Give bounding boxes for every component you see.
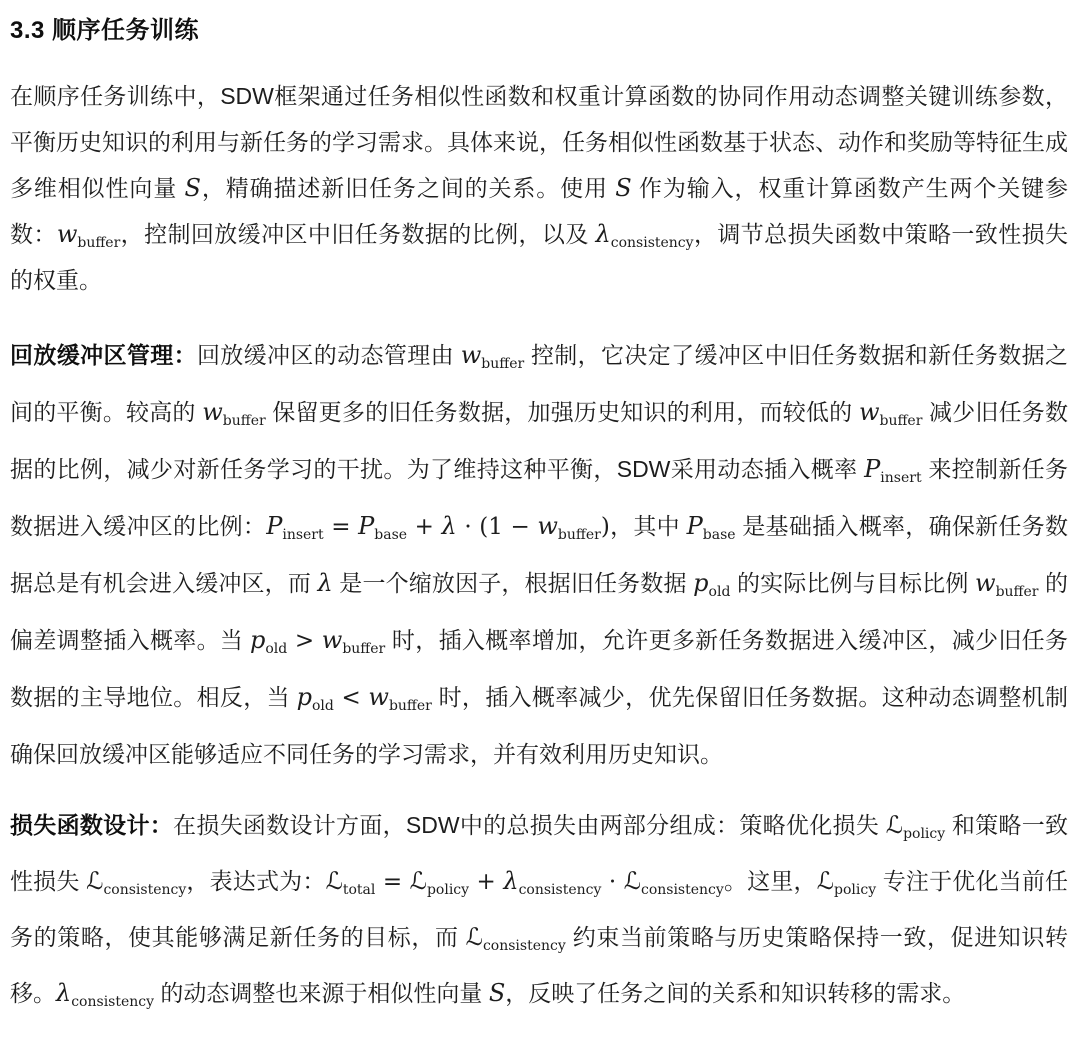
math-subscript: old xyxy=(709,584,731,600)
text-run: 的实际比例与目标比例 xyxy=(730,570,975,596)
math-var: ℒconsistency xyxy=(624,868,724,894)
math-var: ℒconsistency xyxy=(466,924,566,950)
math-subscript: policy xyxy=(903,826,945,842)
bold-lead-text: 回放缓冲区管理： xyxy=(10,342,197,368)
math-var: wbuffer xyxy=(322,627,385,653)
math-symbol: p xyxy=(250,626,265,654)
math-subscript: buffer xyxy=(879,413,922,429)
math-operator: ) xyxy=(601,514,610,540)
math-subscript: policy xyxy=(834,882,876,898)
math-subscript: consistency xyxy=(641,882,724,898)
text-run: ，表达式为： xyxy=(186,868,325,894)
math-symbol: ℒ xyxy=(624,867,641,895)
math-subscript: buffer xyxy=(558,527,601,543)
math-var: wbuffer xyxy=(57,221,120,247)
math-symbol: ℒ xyxy=(817,867,834,895)
math-subscript: insert xyxy=(880,470,921,486)
math-var: λconsistency xyxy=(56,980,154,1006)
text-run: 保留更多的旧任务数据，加强历史知识的利用，而较低的 xyxy=(266,399,859,425)
math-symbol: ℒ xyxy=(886,811,903,839)
math-var: ℒconsistency xyxy=(86,868,186,894)
math-symbol: ℒ xyxy=(326,867,343,895)
math-symbol: w xyxy=(461,341,482,369)
math-subscript: buffer xyxy=(342,641,385,657)
math-subscript: consistency xyxy=(71,994,154,1010)
math-var: Pinsert xyxy=(864,456,921,482)
math-var: λ xyxy=(318,570,333,596)
math-var: wbuffer xyxy=(975,570,1038,596)
math-symbol: ℒ xyxy=(466,923,483,951)
math-operator: > xyxy=(287,628,322,654)
math-var: λconsistency xyxy=(503,868,601,894)
math-var: wbuffer xyxy=(202,399,265,425)
math-var: λ xyxy=(442,513,457,539)
math-symbol: ℒ xyxy=(86,867,103,895)
math-symbol: w xyxy=(368,683,389,711)
math-subscript: total xyxy=(343,882,376,898)
math-symbol: w xyxy=(322,626,343,654)
math-symbol: w xyxy=(57,220,78,248)
math-symbol: S xyxy=(615,174,631,202)
bold-lead-text: 损失函数设计： xyxy=(10,812,173,838)
math-symbol: w xyxy=(975,569,996,597)
math-subscript: buffer xyxy=(77,235,120,251)
math-subscript: consistency xyxy=(483,938,566,954)
math-symbol: w xyxy=(202,398,223,426)
math-var: Pbase xyxy=(358,513,407,539)
intro-paragraph: 在顺序任务训练中，SDW框架通过任务相似性函数和权重计算函数的协同作用动态调整关… xyxy=(10,73,1068,303)
math-var: Pbase xyxy=(687,513,736,539)
math-var: S xyxy=(185,175,201,201)
math-subscript: policy xyxy=(427,882,469,898)
math-symbol: S xyxy=(185,174,201,202)
math-symbol: P xyxy=(266,512,282,540)
math-subscript: consistency xyxy=(519,882,602,898)
math-subscript: buffer xyxy=(481,356,524,372)
math-symbol: p xyxy=(297,683,312,711)
math-subscript: old xyxy=(312,698,334,714)
math-var: Pinsert xyxy=(266,513,323,539)
math-var: λconsistency xyxy=(596,221,694,247)
math-operator: · xyxy=(601,869,623,895)
math-var: ℒpolicy xyxy=(817,868,876,894)
math-var: ℒtotal xyxy=(326,868,376,894)
math-operator: = xyxy=(375,869,409,895)
math-subscript: insert xyxy=(282,527,323,543)
math-var: ℒpolicy xyxy=(886,812,945,838)
math-var: S xyxy=(489,980,505,1006)
document-page: 3.3 顺序任务训练 在顺序任务训练中，SDW框架通过任务相似性函数和权重计算函… xyxy=(0,0,1080,1057)
math-var: pold xyxy=(297,684,334,710)
math-operator: < xyxy=(334,685,369,711)
math-subscript: consistency xyxy=(611,235,694,251)
text-run: 回放缓冲区的动态管理由 xyxy=(197,342,461,368)
math-var: wbuffer xyxy=(859,399,922,425)
math-var: wbuffer xyxy=(368,684,431,710)
math-symbol: λ xyxy=(503,867,518,895)
text-run: 是一个缩放因子，根据旧任务数据 xyxy=(333,570,693,596)
math-subscript: base xyxy=(374,527,407,543)
math-operator: + xyxy=(469,869,503,895)
math-symbol: P xyxy=(358,512,374,540)
math-symbol: λ xyxy=(596,220,611,248)
math-subscript: consistency xyxy=(103,882,186,898)
math-operator: + xyxy=(407,514,441,540)
text-run: 。这里， xyxy=(724,868,817,894)
math-subscript: base xyxy=(703,527,736,543)
math-symbol: P xyxy=(864,455,880,483)
text-run: 的动态调整也来源于相似性向量 xyxy=(154,980,489,1006)
math-symbol: λ xyxy=(442,512,457,540)
buffer-management-paragraph: 回放缓冲区管理：回放缓冲区的动态管理由 wbuffer 控制，它决定了缓冲区中旧… xyxy=(10,327,1068,783)
section-heading: 3.3 顺序任务训练 xyxy=(10,10,1068,45)
text-run: ，其中 xyxy=(610,513,687,539)
math-subscript: buffer xyxy=(223,413,266,429)
text-run: ，控制回放缓冲区中旧任务数据的比例，以及 xyxy=(120,221,595,247)
math-operator: · (1 − xyxy=(457,514,538,540)
math-subscript: old xyxy=(265,641,287,657)
math-symbol: w xyxy=(859,398,880,426)
math-var: pold xyxy=(250,627,287,653)
math-var: wbuffer xyxy=(461,342,524,368)
math-operator: = xyxy=(324,514,358,540)
math-subscript: buffer xyxy=(389,698,432,714)
text-run: ，反映了任务之间的关系和知识转移的需求。 xyxy=(505,980,965,1006)
math-var: S xyxy=(615,175,631,201)
math-subscript: buffer xyxy=(996,584,1039,600)
math-symbol: λ xyxy=(56,979,71,1007)
math-symbol: S xyxy=(489,979,505,1007)
math-var: pold xyxy=(693,570,730,596)
text-run: 在损失函数设计方面，SDW中的总损失由两部分组成：策略优化损失 xyxy=(173,812,886,838)
text-run: ，精确描述新旧任务之间的关系。使用 xyxy=(201,175,615,201)
loss-design-paragraph: 损失函数设计：在损失函数设计方面，SDW中的总损失由两部分组成：策略优化损失 ℒ… xyxy=(10,797,1068,1021)
math-symbol: ℒ xyxy=(410,867,427,895)
math-symbol: p xyxy=(693,569,708,597)
math-symbol: λ xyxy=(318,569,333,597)
math-symbol: P xyxy=(687,512,703,540)
math-symbol: w xyxy=(537,512,558,540)
math-var: ℒpolicy xyxy=(410,868,469,894)
math-var: wbuffer xyxy=(537,513,600,539)
